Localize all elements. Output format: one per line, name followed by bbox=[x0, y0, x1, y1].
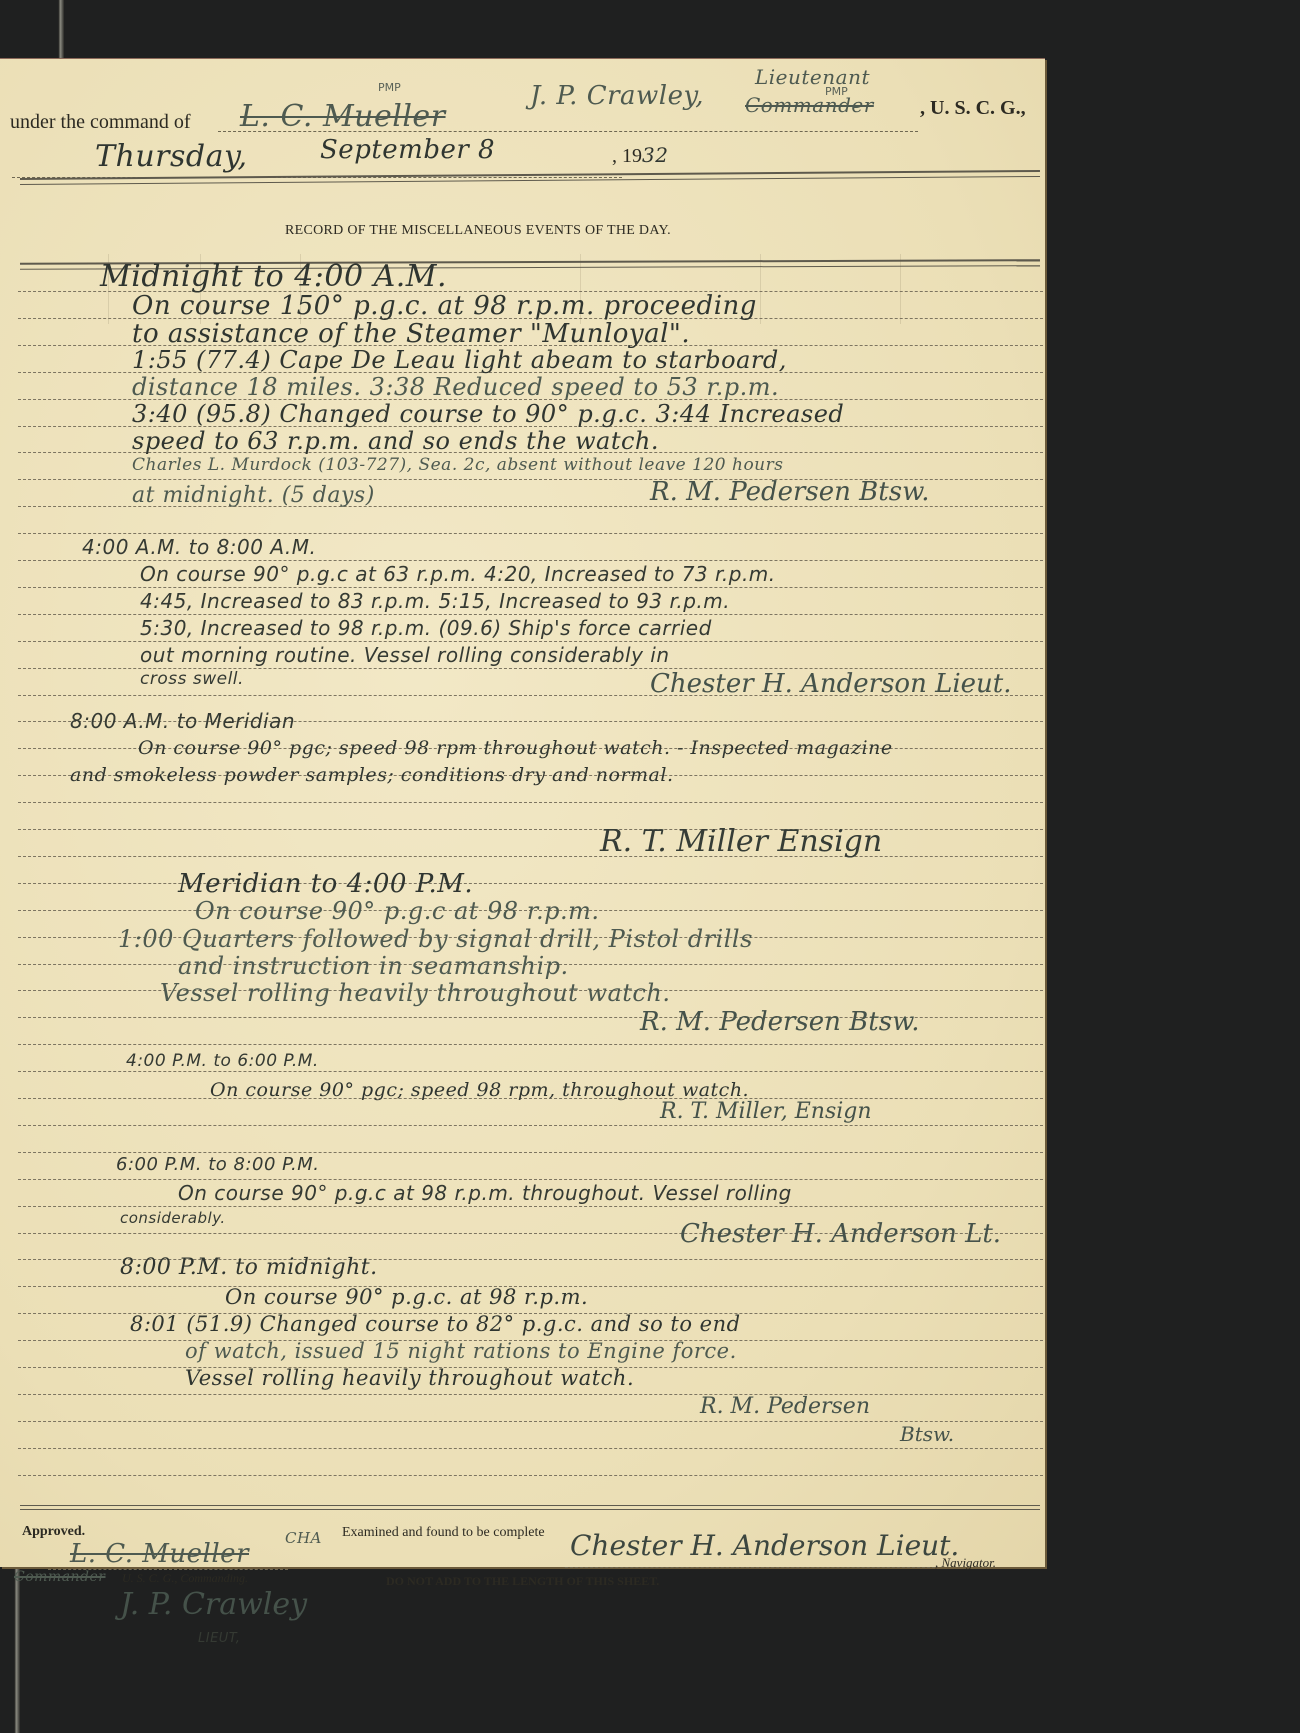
year: , 1932 bbox=[612, 143, 668, 168]
watch-heading: Meridian to 4:00 P.M. bbox=[178, 869, 473, 899]
watch-signature: R. M. Pedersen Btsw. bbox=[650, 477, 930, 507]
year-prefix: , 19 bbox=[612, 145, 642, 167]
log-line: On course 150° p.g.c. at 98 r.p.m. proce… bbox=[132, 291, 757, 321]
approver-initials: CHA bbox=[285, 1529, 322, 1547]
log-line: On course 90° pgc; speed 98 rpm througho… bbox=[138, 737, 893, 759]
log-line: Vessel rolling heavily throughout watch. bbox=[160, 979, 670, 1007]
ruled-line bbox=[18, 1206, 1043, 1207]
log-line: Charles L. Murdock (103-727), Sea. 2c, a… bbox=[132, 455, 783, 475]
navigator-fill-line bbox=[565, 1567, 935, 1568]
examined-label: Examined and found to be complete bbox=[342, 1525, 545, 1541]
log-line: 1:55 (77.4) Cape De Leau light abeam to … bbox=[132, 346, 787, 374]
day-of-week: Thursday, bbox=[95, 139, 247, 174]
month-date: September 8 bbox=[320, 135, 495, 165]
ruled-line bbox=[18, 1394, 1043, 1395]
log-line: On course 90° p.g.c. at 98 r.p.m. bbox=[225, 1285, 588, 1309]
watch-heading: 8:00 A.M. to Meridian bbox=[70, 709, 295, 733]
approver-rank: LIEUT, bbox=[198, 1631, 240, 1646]
log-line: 8:01 (51.9) Changed course to 82° p.g.c.… bbox=[130, 1312, 741, 1336]
ruled-line bbox=[18, 1448, 1043, 1449]
navigator-signature: Chester H. Anderson Lieut. bbox=[570, 1529, 959, 1562]
log-line: at midnight. (5 days) bbox=[132, 483, 375, 508]
log-line: to assistance of the Steamer "Munloyal". bbox=[132, 319, 690, 349]
watch-heading: Midnight to 4:00 A.M. bbox=[100, 259, 447, 294]
length-notice: DO NOT ADD TO THE LENGTH OF THIS SHEET. bbox=[386, 1574, 659, 1589]
ruled-line bbox=[18, 587, 1043, 588]
commanding-label: U. S. C. G., Commanding. bbox=[122, 1571, 248, 1586]
approver-signature: J. P. Crawley bbox=[120, 1587, 307, 1622]
watch-heading: 4:00 P.M. to 6:00 P.M. bbox=[126, 1051, 319, 1071]
log-sheet: under the command of L. C. Mueller PMP J… bbox=[0, 58, 1045, 1567]
log-line: cross swell. bbox=[140, 669, 244, 689]
log-line: and smokeless powder samples; conditions… bbox=[70, 764, 674, 786]
watch-signature: R. T. Miller, Ensign bbox=[660, 1099, 872, 1124]
watch-signature: Chester H. Anderson Lieut. bbox=[650, 669, 1012, 699]
log-line: distance 18 miles. 3:38 Reduced speed to… bbox=[132, 373, 779, 401]
watch-signature: R. T. Miller Ensign bbox=[600, 824, 882, 859]
commanding-crossed: Commander bbox=[14, 1569, 106, 1585]
ruled-line bbox=[18, 614, 1043, 615]
watch-signature-title: Btsw. bbox=[900, 1422, 954, 1446]
watch-signature: R. M. Pedersen bbox=[700, 1394, 870, 1419]
ruled-line bbox=[18, 1125, 1043, 1126]
command-label: under the command of bbox=[10, 111, 191, 134]
commander-crossed: L. C. Mueller bbox=[240, 99, 446, 134]
log-line: of watch, issued 15 night rations to Eng… bbox=[185, 1339, 737, 1363]
ruled-line bbox=[18, 1044, 1043, 1045]
log-line: 3:40 (95.8) Changed course to 90° p.g.c.… bbox=[132, 400, 844, 428]
ruled-line bbox=[18, 533, 1043, 534]
commander-name: J. P. Crawley, bbox=[530, 81, 704, 111]
log-line: On course 90° p.g.c at 63 r.p.m. 4:20, I… bbox=[140, 562, 776, 586]
section-title: RECORD OF THE MISCELLANEOUS EVENTS OF TH… bbox=[285, 223, 671, 239]
binder-spine-bottom bbox=[14, 1566, 20, 1733]
commander-initials: PMP bbox=[378, 81, 401, 94]
log-line: 5:30, Increased to 98 r.p.m. (09.6) Ship… bbox=[140, 616, 712, 640]
ruled-line bbox=[18, 883, 1043, 884]
log-line: 4:45, Increased to 83 r.p.m. 5:15, Incre… bbox=[140, 589, 730, 613]
ruled-line bbox=[18, 641, 1043, 642]
log-line: 1:00 Quarters followed by signal drill, … bbox=[118, 925, 753, 953]
watch-signature: R. M. Pedersen Btsw. bbox=[640, 1007, 920, 1037]
ruled-line bbox=[18, 560, 1043, 561]
rank: Lieutenant bbox=[755, 65, 870, 89]
watch-signature: Chester H. Anderson Lt. bbox=[680, 1219, 1001, 1249]
rank-crossed: Commander bbox=[745, 93, 874, 117]
ruled-line bbox=[18, 829, 1043, 830]
rank-initials: PMP bbox=[825, 85, 848, 98]
log-line: considerably. bbox=[120, 1209, 226, 1227]
ruled-line bbox=[18, 1071, 1043, 1072]
log-line: out morning routine. Vessel rolling cons… bbox=[140, 643, 670, 667]
ruled-line bbox=[18, 856, 1043, 857]
log-line: On course 90° pgc; speed 98 rpm, through… bbox=[210, 1079, 749, 1101]
ruled-line bbox=[18, 1152, 1043, 1153]
ruled-line bbox=[18, 1179, 1043, 1180]
approver-crossed: L. C. Mueller bbox=[70, 1539, 249, 1569]
log-line: speed to 63 r.p.m. and so ends the watch… bbox=[132, 427, 659, 455]
log-line: On course 90° p.g.c at 98 r.p.m. bbox=[195, 897, 600, 925]
approved-label: Approved. bbox=[22, 1524, 85, 1540]
service-label: , U. S. C. G., bbox=[920, 97, 1026, 120]
ruled-line bbox=[18, 802, 1043, 803]
ruled-line bbox=[18, 1475, 1043, 1476]
footer-rule bbox=[20, 1505, 1040, 1510]
log-line: On course 90° p.g.c at 98 r.p.m. through… bbox=[178, 1181, 792, 1205]
navigator-label: , Navigator. bbox=[935, 1555, 996, 1571]
watch-heading: 8:00 P.M. to midnight. bbox=[120, 1255, 378, 1280]
watch-heading: 6:00 P.M. to 8:00 P.M. bbox=[116, 1154, 320, 1175]
watch-heading: 4:00 A.M. to 8:00 A.M. bbox=[82, 535, 316, 559]
year-suffix: 32 bbox=[642, 143, 668, 167]
log-line: Vessel rolling heavily throughout watch. bbox=[185, 1366, 634, 1390]
log-line: and instruction in seamanship. bbox=[178, 952, 569, 980]
ruled-line bbox=[18, 1421, 1043, 1422]
